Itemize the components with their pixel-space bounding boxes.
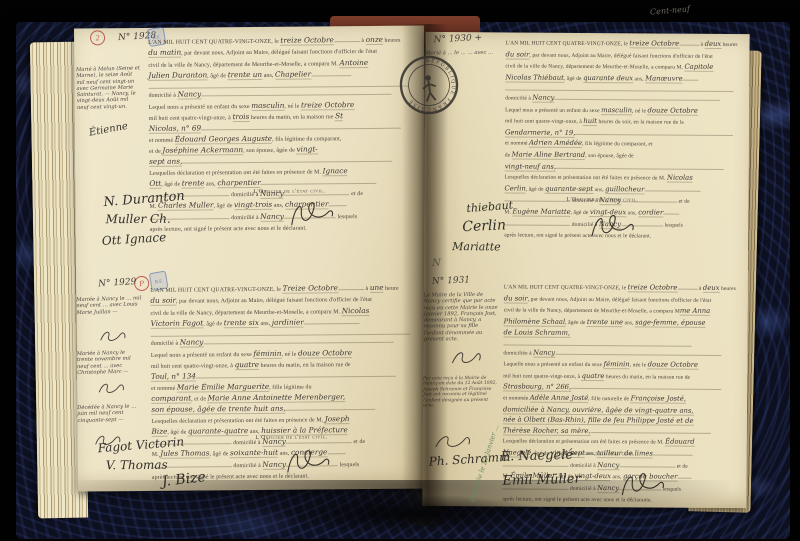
printed-text: L'AN MIL HUIT CENT QUATRE-VINGT-ONZE, le bbox=[148, 39, 280, 46]
form-rule bbox=[679, 40, 699, 46]
printed-text: L'AN MIL HUIT CENT QUATRE-VINGT-ONZE, le bbox=[504, 284, 628, 291]
signature-witness-2: Ott Ignace bbox=[101, 230, 166, 248]
printed-text: , son épouse, âgée de bbox=[243, 148, 296, 154]
printed-text: lesquels bbox=[663, 222, 683, 228]
handwritten-text: une bbox=[370, 283, 384, 293]
handwritten-text: du soir bbox=[504, 294, 528, 303]
printed-text: à bbox=[364, 286, 370, 292]
act-line: domicilié à Nancy bbox=[151, 335, 419, 349]
handwritten-text: Ignace bbox=[323, 166, 348, 176]
handwritten-text: Eugène Mariatte bbox=[512, 207, 570, 216]
handwritten-text: Édouard Georges Auguste bbox=[175, 133, 272, 144]
handwritten-text: féminin bbox=[253, 349, 281, 359]
printed-text: et de bbox=[675, 463, 688, 469]
printed-text: et de bbox=[352, 439, 365, 445]
printed-text: lesquels bbox=[338, 462, 359, 468]
handwritten-text: Édouard bbox=[665, 438, 694, 447]
printed-text: heures du matin, en la maison rue de bbox=[604, 374, 690, 381]
printed-text: , son épouse, âgée de bbox=[585, 153, 634, 159]
printed-text: , âgé de bbox=[213, 204, 234, 210]
handwritten-text: de Louis Schramm, bbox=[504, 329, 571, 338]
printed-text: ans, bbox=[262, 73, 275, 79]
handwritten-text: trente un bbox=[228, 70, 263, 80]
handwritten-text: me Anna bbox=[680, 307, 710, 316]
printed-text: Lequel nous a présenté un enfant du sexe bbox=[149, 104, 252, 111]
handwritten-text: féminin bbox=[604, 360, 630, 369]
printed-text: domicilié à bbox=[505, 95, 532, 101]
printed-text: lesquels bbox=[336, 214, 357, 220]
form-rule bbox=[504, 219, 570, 225]
margin-note-marriage: Marié à Melun (Seine et Marne), le seize… bbox=[76, 65, 141, 111]
printed-text: et de bbox=[677, 199, 690, 205]
handwritten-text: guillocheur bbox=[605, 185, 644, 194]
printed-text: et nommé bbox=[151, 385, 177, 391]
handwritten-text: onze bbox=[366, 35, 383, 45]
printed-text: domiciliée à bbox=[503, 350, 533, 356]
margin-signature-flourish bbox=[99, 328, 129, 344]
printed-text: heures bbox=[720, 286, 736, 292]
printed-text: heures du soir, en la maison rue de la bbox=[597, 119, 684, 126]
handwritten-text: douze Octobre bbox=[648, 361, 698, 370]
handwritten-text: St bbox=[335, 111, 343, 121]
printed-text: heures bbox=[383, 38, 401, 44]
officer-title: L'Officier de l'état civil. bbox=[566, 197, 638, 204]
handwritten-text: Nancy bbox=[533, 348, 555, 357]
handwritten-text: Nancy bbox=[180, 338, 204, 348]
pencil-mark: N bbox=[432, 258, 441, 269]
printed-text: , âgé de bbox=[526, 186, 545, 192]
printed-text: , âgé de bbox=[161, 181, 182, 187]
printed-text: , âgé de bbox=[203, 321, 224, 327]
form-rule bbox=[644, 185, 700, 191]
republique-francaise-stamp: RÉPUBLIQUE FRANÇAISE bbox=[394, 50, 464, 120]
form-rule bbox=[304, 318, 360, 324]
handwritten-text: sage-femme, épouse bbox=[635, 318, 705, 327]
handwritten-text: Ott bbox=[149, 179, 161, 189]
form-rule bbox=[196, 371, 396, 379]
handwritten-text: masculin bbox=[251, 100, 284, 110]
printed-text: , née le bbox=[630, 362, 648, 368]
margin-signature-flourish bbox=[97, 380, 127, 396]
red-seal-glyph: 2 bbox=[95, 33, 100, 42]
form-rule bbox=[261, 178, 377, 185]
printed-text: ans, bbox=[593, 187, 605, 193]
handwritten-text: trente six bbox=[224, 318, 259, 328]
form-rule bbox=[653, 449, 693, 455]
handwritten-text: Antoine bbox=[339, 58, 368, 68]
officer-signature-flourish bbox=[587, 208, 639, 245]
printed-text: Lequel nous a présenté un enfant du sexe bbox=[151, 352, 254, 359]
form-rule bbox=[677, 284, 697, 290]
margin-note-recognition-2: Par acte reçu à la Mairie de Nancy en da… bbox=[423, 376, 497, 409]
signature-declarant: Ph. Schramm bbox=[428, 450, 510, 469]
right-page: N° 1930 + Marié à … le … … avec … … — N … bbox=[422, 32, 749, 508]
printed-text: heures du matin, en la maison rue de bbox=[259, 362, 351, 369]
printed-text: Lesquelles déclaration et présentation o… bbox=[503, 439, 665, 446]
handwritten-text: Manœuvre bbox=[645, 74, 683, 83]
signature-witness-1: V. Thomas bbox=[106, 458, 168, 473]
handwritten-text: quatre bbox=[235, 360, 260, 370]
officer-signature-flourish bbox=[617, 465, 670, 503]
printed-text: après lecture, ont signé le présent acte… bbox=[150, 226, 307, 233]
printed-text: domicilié à bbox=[569, 462, 598, 468]
handwritten-text: trois bbox=[232, 112, 249, 122]
officer-title: L'Officier de l'état civil. bbox=[256, 434, 328, 441]
officer-signature-flourish bbox=[282, 442, 335, 481]
act-line: domicilié à Nancy bbox=[505, 91, 741, 104]
handwritten-text: huit bbox=[583, 117, 597, 126]
handwritten-text: Françoise Josté, bbox=[631, 394, 686, 403]
printed-text: , par devant nous, Adjoint au Maire, dél… bbox=[528, 296, 712, 303]
form-rule bbox=[555, 348, 721, 355]
printed-text: civil de la ville de Nancy, département … bbox=[148, 61, 339, 69]
handwritten-text: douze Octobre bbox=[298, 348, 352, 358]
printed-text: civil de la ville de Nancy, département … bbox=[504, 308, 680, 315]
printed-text: domicilié à bbox=[230, 215, 261, 221]
handwritten-text: comparant bbox=[151, 393, 191, 403]
form-rule bbox=[201, 123, 401, 131]
handwritten-text: Nicolas bbox=[342, 306, 370, 316]
form-rule bbox=[677, 473, 691, 479]
officer-title: L'Officier de l'état civil. bbox=[565, 451, 637, 458]
printed-text: mil huit cent quatre-vingt-onze, à bbox=[505, 119, 583, 126]
handwritten-text: trente une bbox=[587, 318, 623, 327]
act-number-1931: N° 1931 bbox=[432, 275, 471, 287]
signature-witness-2: Emil Müller bbox=[502, 472, 581, 489]
handwritten-text: vingt-trois bbox=[234, 200, 272, 210]
printed-text: ans, bbox=[272, 203, 285, 209]
printed-text: , âgé de bbox=[564, 76, 583, 82]
printed-text: , et de bbox=[191, 396, 208, 402]
form-rule bbox=[554, 94, 720, 101]
printed-text: mil huit cent quatre-vingt-onze, à bbox=[503, 373, 581, 380]
margin-note-marriage-1: Mariée à Nancy le … mil neuf cent … avec… bbox=[76, 295, 142, 316]
printed-text: Lesquelles déclaration et présentation o… bbox=[505, 175, 667, 182]
act-line: du matin, par devant nous, Adjoint au Ma… bbox=[148, 45, 416, 59]
form-rule bbox=[575, 129, 733, 136]
handwritten-text: Julien Duranton bbox=[148, 70, 207, 81]
printed-text: à bbox=[360, 38, 366, 44]
handwritten-text: soixante-huit bbox=[230, 448, 278, 458]
form-rule bbox=[683, 74, 699, 80]
form-rule bbox=[311, 70, 351, 76]
printed-text: civil de la ville de Nancy, département … bbox=[150, 309, 341, 317]
handwritten-text: Chapelier bbox=[275, 69, 311, 79]
handwritten-text: Philomène Schaal bbox=[504, 317, 566, 326]
handwritten-text: quarante-sept bbox=[545, 184, 593, 193]
printed-text: heure bbox=[384, 286, 399, 292]
printed-text: Lesquelles déclaration et présentation o… bbox=[149, 169, 322, 177]
handwritten-text: Adèle Anne Josté bbox=[530, 394, 589, 403]
form-rule bbox=[591, 427, 711, 434]
handwritten-text: Capitole bbox=[684, 63, 713, 72]
printed-text: , né le bbox=[632, 108, 648, 114]
margin-signature-flourish bbox=[449, 348, 483, 368]
printed-text: , né le bbox=[281, 351, 298, 357]
handwritten-text: Marie Émilie Marguerite bbox=[177, 382, 269, 393]
handwritten-text: trente bbox=[182, 178, 205, 188]
officer-signature-flourish bbox=[286, 194, 340, 233]
handwritten-text: Nancy bbox=[260, 211, 284, 221]
handwritten-text: Nancy bbox=[597, 484, 619, 493]
act-line: de Louis Schramm, bbox=[503, 327, 739, 348]
printed-text: heures du matin, en la maison rue bbox=[249, 114, 335, 121]
handwritten-text: jardinier bbox=[272, 317, 304, 327]
printed-text: Lequel nous a présenté un enfant du sexe bbox=[505, 107, 601, 114]
form-rule bbox=[571, 383, 721, 390]
handwritten-text: quarante deux bbox=[583, 74, 633, 83]
handwritten-text: sept ans, bbox=[149, 157, 182, 167]
printed-text: et de bbox=[350, 191, 363, 197]
handwritten-text: Joséphine Ackermann bbox=[162, 145, 243, 156]
act-line: après lecture, ont signé le présent acte… bbox=[150, 221, 418, 235]
handwritten-text: Nicolas bbox=[667, 174, 693, 183]
printed-text: , par devant nous, Adjoint au Maire, dél… bbox=[529, 52, 713, 59]
form-rule bbox=[203, 337, 393, 345]
handwritten-text: vingt- bbox=[296, 144, 317, 154]
handwritten-text: du soir bbox=[150, 296, 176, 306]
handwritten-text: quatre bbox=[582, 372, 605, 381]
printed-text: L'AN MIL HUIT CENT QUATRE-VINGT-ONZE, le bbox=[506, 40, 630, 47]
signature-witness-1: E. Naegelé bbox=[501, 448, 574, 465]
form-rule bbox=[201, 89, 391, 97]
p-seal-glyph: P bbox=[139, 279, 145, 288]
printed-text: , âgée de bbox=[565, 320, 587, 326]
handwritten-text: Nancy bbox=[597, 461, 619, 470]
margin-signature-flourish bbox=[433, 432, 473, 452]
printed-text: , par devant nous, Adjoint au Maire, dél… bbox=[176, 297, 372, 305]
handwritten-text: du soir bbox=[505, 50, 529, 59]
printed-text: heures bbox=[721, 42, 737, 48]
printed-text: Lesquelles déclaration et présentation o… bbox=[151, 417, 324, 425]
form-rule bbox=[663, 208, 679, 214]
printed-text: , âgé de bbox=[207, 73, 228, 79]
form-rule bbox=[338, 284, 364, 290]
handwritten-text: treize Octobre bbox=[301, 100, 355, 110]
margin-signature: Étienne bbox=[88, 121, 129, 139]
handwritten-text: Treize Octobre bbox=[283, 283, 338, 293]
handwritten-text: douze Octobre bbox=[648, 106, 698, 115]
handwritten-text: Nancy bbox=[262, 459, 286, 469]
printed-text: et nommé bbox=[149, 137, 175, 143]
handwritten-text: Nancy bbox=[178, 90, 202, 100]
handwritten-text: treize Octobre bbox=[628, 283, 678, 292]
printed-text: ans, bbox=[204, 181, 217, 187]
pencil-page-number: Cent-neuf bbox=[650, 4, 691, 16]
act-line: et nommée Adèle Anne Josté, fille nature… bbox=[503, 391, 739, 404]
margin-note-death: Décédée à Nancy le … juin mil neuf cent … bbox=[77, 403, 143, 424]
printed-text: domicilié à bbox=[149, 93, 178, 99]
signature-witness-1: Muller Ch. bbox=[106, 212, 171, 227]
handwritten-text: deux bbox=[705, 40, 722, 49]
handwritten-text: Nancy bbox=[532, 94, 554, 103]
handwritten-text: deux bbox=[703, 284, 720, 293]
act-line: de Marie Aline Bertrand, son épouse, âgé… bbox=[505, 148, 741, 161]
act-number-1930: N° 1930 + bbox=[433, 33, 482, 45]
act-number-1929: N° 1929 bbox=[98, 277, 137, 289]
handwritten-text: Victorin Fagot bbox=[151, 318, 204, 328]
printed-text: et de bbox=[149, 149, 162, 155]
printed-text: et nommée bbox=[503, 395, 530, 401]
printed-text: ans, bbox=[633, 76, 645, 82]
printed-text: domicilié à bbox=[151, 341, 180, 347]
printed-text: domicilié à bbox=[232, 463, 263, 469]
handwritten-text: Marie Aline Bertrand bbox=[512, 150, 586, 160]
printed-text: domicilié à bbox=[232, 440, 263, 446]
form-rule bbox=[334, 36, 360, 42]
printed-text: civil de la ville de Nancy, département … bbox=[505, 64, 684, 71]
form-rule bbox=[556, 162, 724, 169]
printed-text: , fils légitime du comparant, bbox=[272, 136, 341, 143]
handwritten-text: du matin bbox=[148, 48, 181, 58]
printed-text: L'AN MIL HUIT CENT QUATRE-VINGT-ONZE, le bbox=[150, 287, 282, 294]
printed-text: , fille légitime du bbox=[269, 384, 312, 390]
printed-text: , fils légitime du comparant, et bbox=[582, 141, 653, 147]
signature-witness-2: Mariatte bbox=[452, 240, 501, 253]
form-rule bbox=[182, 156, 392, 164]
printed-text: mil huit cent quatre-vingt-onze, à bbox=[149, 115, 233, 122]
printed-text: ans, bbox=[259, 321, 272, 327]
printed-text: de bbox=[505, 152, 512, 158]
handwritten-text: charpentier bbox=[217, 178, 260, 188]
red-seal-stamp: 2 bbox=[89, 30, 106, 47]
form-rule bbox=[504, 196, 570, 202]
printed-text: , fille naturelle de bbox=[588, 396, 630, 402]
officer-title: L'Officier de l'état civil. bbox=[253, 188, 325, 195]
signature-witness-1: Cerlin bbox=[462, 217, 506, 235]
margin-note-marriage-2: Mariée à Nancy le trente novembre mil ne… bbox=[77, 349, 144, 376]
handwritten-text: cordier bbox=[638, 208, 663, 217]
printed-text: , né le bbox=[284, 103, 301, 109]
handwritten-text: Nicolas Thiébaut bbox=[505, 73, 564, 82]
handwritten-text: Adrien Amédée bbox=[529, 139, 582, 148]
handwritten-text: treize Octobre bbox=[280, 35, 334, 45]
margin-note-recognition-1: Le Maire de la Ville de Nancy certifie q… bbox=[423, 292, 498, 343]
handwritten-text: quarante-quatre bbox=[188, 426, 249, 437]
act-line: domicilié à Nancy bbox=[149, 87, 417, 101]
printed-text: , âgé de bbox=[209, 452, 230, 458]
signature-witness-2: J. Bize bbox=[161, 469, 206, 490]
handwritten-text: treize Octobre bbox=[629, 39, 679, 48]
handwritten-text: Joseph bbox=[325, 414, 350, 424]
handwritten-text: Cerlin bbox=[505, 184, 526, 193]
act-1928-body: L'AN MIL HUIT CENT QUATRE-VINGT-ONZE, le… bbox=[148, 34, 418, 235]
register-scan-scene: 2 N° 1928 R.F. Marié à Melun (Seine et M… bbox=[0, 0, 800, 541]
left-page: 2 N° 1928 R.F. Marié à Melun (Seine et M… bbox=[74, 25, 428, 491]
printed-text: et nommé bbox=[505, 141, 529, 147]
printed-text: mil huit cent quatre-vingt-onze, à bbox=[151, 363, 235, 370]
printed-text: , par devant nous, Adjoint au Maire, dél… bbox=[181, 49, 377, 57]
printed-text: ans, bbox=[623, 320, 635, 326]
printed-text: Laquelle nous a présenté un enfant du se… bbox=[503, 362, 603, 369]
handwritten-text: masculin bbox=[601, 106, 632, 115]
form-rule bbox=[286, 404, 376, 411]
